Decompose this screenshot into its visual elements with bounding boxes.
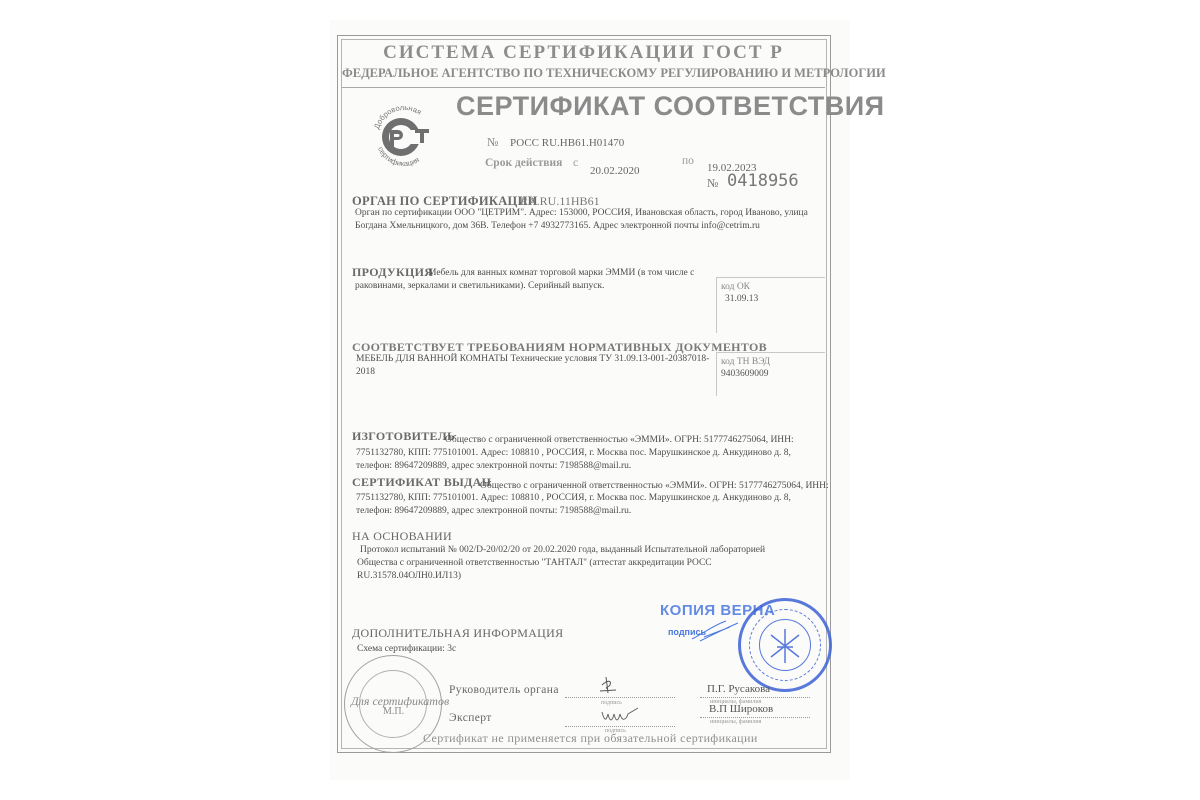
validity-to-label: по: [682, 155, 694, 167]
compliance-text-line2: 2018: [356, 366, 375, 379]
tnved-code-value: 9403609009: [721, 368, 825, 380]
product-heading: ПРОДУКЦИЯ: [352, 265, 433, 280]
manufacturer-text: 7751132780, КПП: 775101001. Адрес: 10881…: [356, 447, 818, 473]
validity-from-label: с: [573, 157, 578, 169]
certification-body-text: Орган по сертификации ООО "ЦЕТРИМ". Адре…: [355, 207, 815, 233]
validity-label: Срок действия: [485, 157, 562, 169]
rst-voluntary-certification-logo-icon: Добровольная сертификация: [368, 100, 440, 172]
issued-to-text: 7751132780, КПП: 775101001. Адрес: 10881…: [356, 492, 818, 518]
ok-code-box: код ОК 31.09.13: [716, 277, 825, 333]
blank-number: 0418956: [727, 171, 799, 191]
valid-from-date: 20.02.2020: [590, 165, 640, 177]
voluntary-notice: Сертификат не применяется при обязательн…: [423, 731, 758, 746]
basis-heading: НА ОСНОВАНИИ: [352, 529, 452, 544]
seal-mp-text: М.П.: [383, 706, 404, 717]
tnved-code-box: код ТН ВЭД 9403609009: [716, 352, 825, 396]
additional-info-heading: ДОПОЛНИТЕЛЬНАЯ ИНФОРМАЦИЯ: [352, 626, 563, 641]
number-sign: №: [487, 135, 498, 150]
basis-text: Протокол испытаний № 002/D-20/02/20 от 2…: [357, 544, 807, 583]
company-seal-icon: [738, 598, 832, 692]
expert-role-label: Эксперт: [449, 712, 492, 724]
expert-name-caption: инициалы, фамилия: [710, 719, 761, 725]
system-title: СИСТЕМА СЕРТИФИКАЦИИ ГОСТ Р: [342, 42, 825, 64]
ok-code-label: код ОК: [721, 281, 825, 293]
blank-number-sign: №: [707, 176, 718, 191]
expert-name-line: [700, 717, 810, 718]
manufacturer-text-line1: Общество с ограниченной ответственностью…: [445, 434, 794, 447]
certification-scheme: Схема сертификации: 3с: [357, 643, 456, 656]
head-name: П.Г. Русакова: [707, 683, 770, 695]
expert-signature-icon: [600, 706, 640, 728]
agency-name: ФЕДЕРАЛЬНОЕ АГЕНТСТВО ПО ТЕХНИЧЕСКОМУ РЕ…: [342, 66, 825, 81]
certificate-number: РОСС RU.HB61.H01470: [510, 137, 624, 149]
header-divider: [342, 87, 825, 88]
head-name-line: [700, 697, 810, 698]
tnved-code-label: код ТН ВЭД: [721, 356, 825, 368]
compliance-text-line1: МЕБЕЛЬ ДЛЯ ВАННОЙ КОМНАТЫ Технические ус…: [356, 353, 709, 366]
issued-to-heading: СЕРТИФИКАТ ВЫДАН: [352, 475, 491, 490]
product-text-line1: Мебель для ванных комнат торговой марки …: [428, 267, 694, 280]
manufacturer-heading: ИЗГОТОВИТЕЛЬ: [352, 429, 455, 444]
expert-name: В.П Широков: [709, 703, 773, 715]
head-signature-line: [565, 697, 675, 698]
head-role-label: Руководитель органа: [449, 684, 559, 696]
ok-code-value: 31.09.13: [721, 293, 825, 305]
product-text-line2: раковинами, зеркалами и светильниками). …: [355, 280, 604, 293]
document-title: СЕРТИФИКАТ СООТВЕТСТВИЯ: [456, 91, 885, 122]
head-signature-icon: [596, 675, 620, 699]
